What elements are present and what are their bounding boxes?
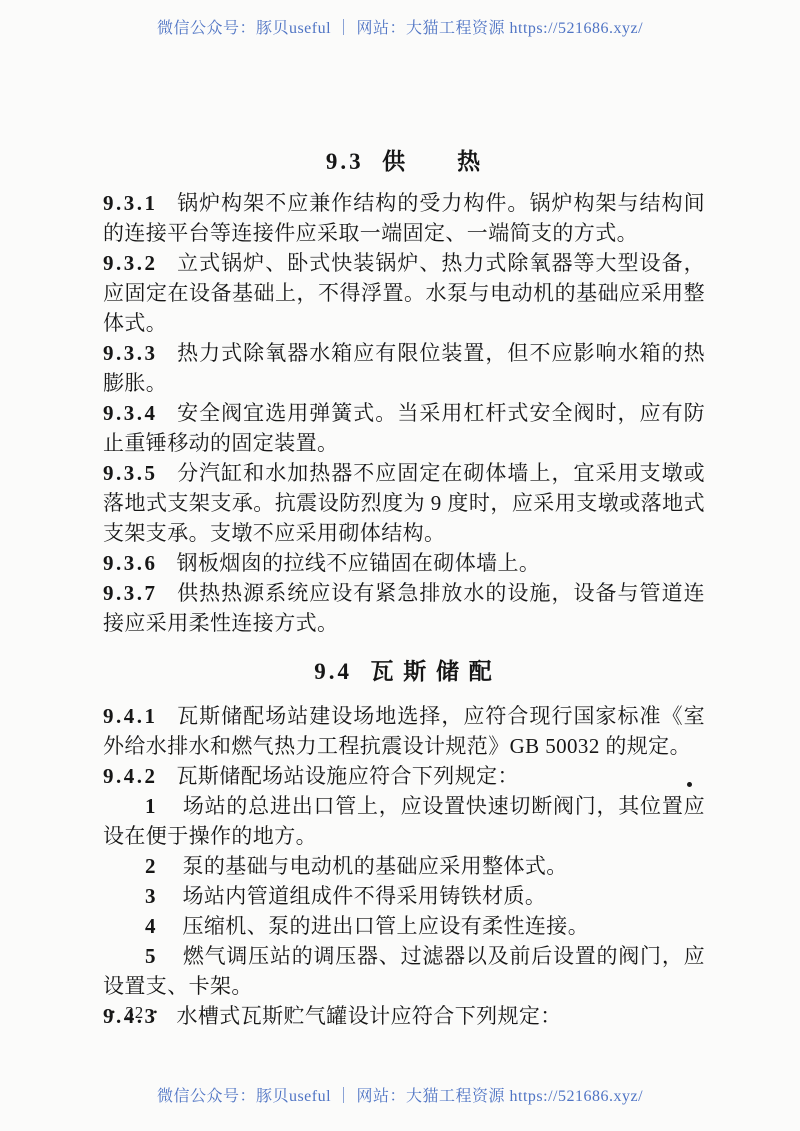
- clause-9-3-3: 9.3.3热力式除氧器水箱应有限位装置，但不应影响水箱的热膨胀。: [103, 338, 705, 398]
- clause-number: 9.3.3: [103, 341, 158, 365]
- clause-text: 供热热源系统应设有紧急排放水的设施，设备与管道连接应采用柔性连接方式。: [103, 581, 705, 635]
- section-title: 瓦 斯 储 配: [370, 659, 493, 684]
- page-number-value: 32: [125, 1003, 144, 1022]
- clause-number: 9.3.1: [103, 191, 158, 215]
- clause-number: 9.3.5: [103, 461, 158, 485]
- clause-number: 9.4.2: [103, 764, 158, 788]
- section-heading-9-4: 9.4瓦 斯 储 配: [103, 656, 705, 688]
- item-number: 4: [145, 914, 156, 938]
- section-number: 9.4: [314, 659, 352, 684]
- item-number: 3: [145, 884, 156, 908]
- clause-text: 瓦斯储配场站建设场地选择，应符合现行国家标准《室外给水排水和燃气热力工程抗震设计…: [103, 704, 705, 758]
- clause-text: 钢板烟囱的拉线不应锚固在砌体墙上。: [177, 551, 541, 575]
- item-text: 燃气调压站的调压器、过滤器以及前后设置的阀门，应设置支、卡架。: [103, 944, 705, 998]
- clause-text: 水槽式瓦斯贮气罐设计应符合下列规定：: [177, 1004, 562, 1028]
- clause-9-4-2-item-3: 3场站内管道组成件不得采用铸铁材质。: [103, 881, 705, 911]
- section-heading-9-3: 9.3供 热: [103, 146, 705, 178]
- clause-text: 分汽缸和水加热器不应固定在砌体墙上，宜采用支墩或落地式支架支承。抗震设防烈度为 …: [103, 461, 705, 545]
- item-number: 5: [145, 944, 156, 968]
- clause-9-3-4: 9.3.4安全阀宜选用弹簧式。当采用杠杆式安全阀时，应有防止重锤移动的固定装置。: [103, 398, 705, 458]
- clause-9-3-5: 9.3.5分汽缸和水加热器不应固定在砌体墙上，宜采用支墩或落地式支架支承。抗震设…: [103, 458, 705, 548]
- clause-number: 9.3.7: [103, 581, 158, 605]
- clause-9-3-6: 9.3.6钢板烟囱的拉线不应锚固在砌体墙上。: [103, 548, 705, 578]
- clause-number: 9.3.2: [103, 251, 158, 275]
- clause-9-4-1: 9.4.1瓦斯储配场站建设场地选择，应符合现行国家标准《室外给水排水和燃气热力工…: [103, 701, 705, 761]
- clause-9-4-2-item-5: 5燃气调压站的调压器、过滤器以及前后设置的阀门，应设置支、卡架。: [103, 941, 705, 1001]
- clause-text: 瓦斯储配场站设施应符合下列规定：: [177, 764, 519, 788]
- item-number: 2: [145, 854, 156, 878]
- clause-9-4-2-item-2: 2泵的基础与电动机的基础应采用整体式。: [103, 851, 705, 881]
- clause-number: 9.4.1: [103, 704, 158, 728]
- document-page-body: 9.3供 热 9.3.1锅炉构架不应兼作结构的受力构件。锅炉构架与结构间的连接平…: [103, 146, 705, 1031]
- stray-ink-dot: [687, 782, 692, 787]
- clause-9-3-7: 9.3.7供热热源系统应设有紧急排放水的设施，设备与管道连接应采用柔性连接方式。: [103, 578, 705, 638]
- clause-number: 9.3.6: [103, 551, 158, 575]
- clause-9-4-2-item-4: 4压缩机、泵的进出口管上应设有柔性连接。: [103, 911, 705, 941]
- header-watermark: 微信公众号：豚贝useful ｜ 网站：大猫工程资源 https://52168…: [0, 15, 800, 38]
- section-title: 供 热: [382, 149, 482, 174]
- item-text: 泵的基础与电动机的基础应采用整体式。: [183, 854, 568, 878]
- clause-text: 热力式除氧器水箱应有限位装置，但不应影响水箱的热膨胀。: [103, 341, 705, 395]
- item-number: 1: [145, 794, 156, 818]
- clause-9-3-2: 9.3.2立式锅炉、卧式快装锅炉、热力式除氧器等大型设备，应固定在设备基础上，不…: [103, 248, 705, 338]
- clause-9-4-3: 9.4.3水槽式瓦斯贮气罐设计应符合下列规定：: [103, 1001, 705, 1031]
- page-number-right-dot: •: [153, 1005, 158, 1019]
- page-number: •32•: [111, 1003, 158, 1023]
- footer-watermark: 微信公众号：豚贝useful ｜ 网站：大猫工程资源 https://52168…: [0, 1083, 800, 1106]
- page-number-left-dot: •: [111, 1005, 116, 1019]
- clause-text: 立式锅炉、卧式快装锅炉、热力式除氧器等大型设备，应固定在设备基础上，不得浮置。水…: [103, 251, 705, 335]
- clause-text: 安全阀宜选用弹簧式。当采用杠杆式安全阀时，应有防止重锤移动的固定装置。: [103, 401, 705, 455]
- clause-number: 9.3.4: [103, 401, 158, 425]
- clause-9-4-2-item-1: 1场站的总进出口管上，应设置快速切断阀门，其位置应设在便于操作的地方。: [103, 791, 705, 851]
- item-text: 场站的总进出口管上，应设置快速切断阀门，其位置应设在便于操作的地方。: [103, 794, 705, 848]
- item-text: 场站内管道组成件不得采用铸铁材质。: [183, 884, 547, 908]
- item-text: 压缩机、泵的进出口管上应设有柔性连接。: [183, 914, 590, 938]
- section-number: 9.3: [326, 149, 364, 174]
- clause-9-4-2: 9.4.2瓦斯储配场站设施应符合下列规定：: [103, 761, 705, 791]
- clause-9-3-1: 9.3.1锅炉构架不应兼作结构的受力构件。锅炉构架与结构间的连接平台等连接件应采…: [103, 188, 705, 248]
- clause-text: 锅炉构架不应兼作结构的受力构件。锅炉构架与结构间的连接平台等连接件应采取一端固定…: [103, 191, 705, 245]
